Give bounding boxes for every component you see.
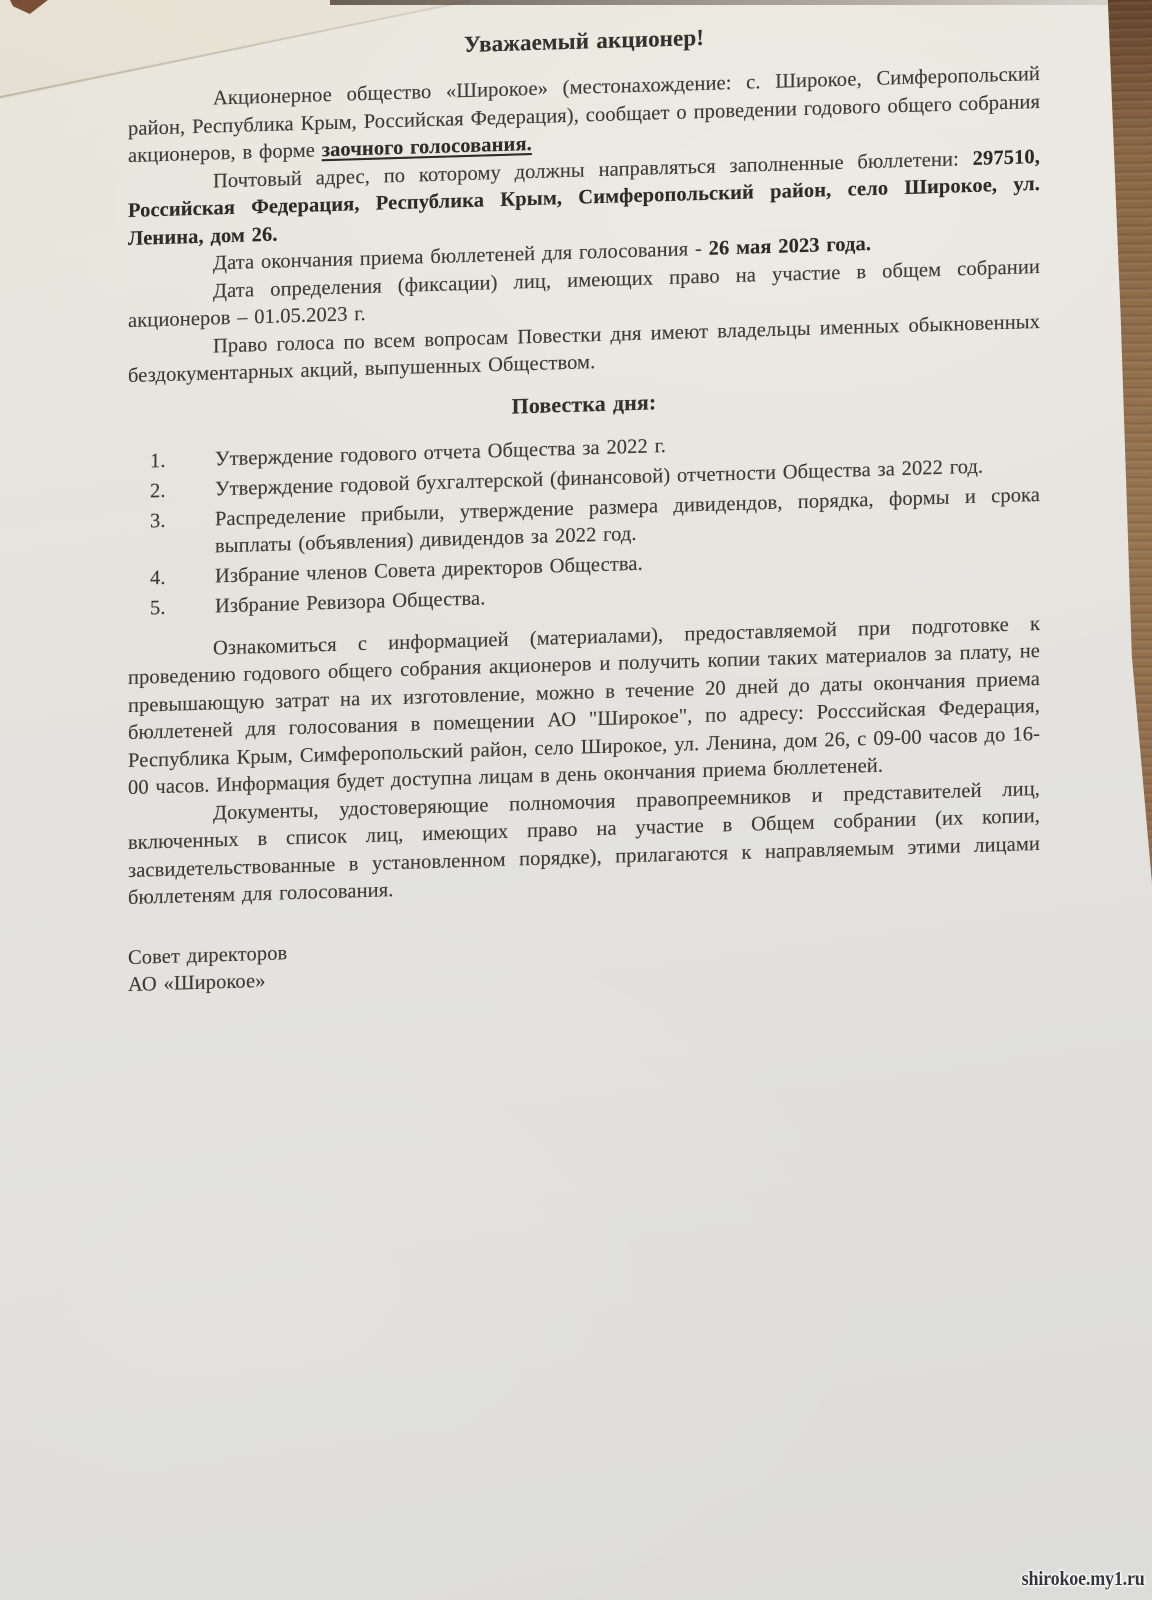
document-info-paragraphs: Ознакомиться с информацией (материалами)… [128, 610, 1040, 912]
document-intro-paragraphs: Акционерное общество «Широкое» (местонах… [128, 61, 1040, 391]
document-page: Уважаемый акционер! Акционерное общество… [128, 13, 1040, 1000]
agenda-item-number: 2. [150, 477, 166, 505]
watermark-site-url: shirokoe.my1.ru [1022, 1568, 1145, 1591]
paragraph-segment: Ознакомиться с информацией (материалами)… [128, 612, 1040, 799]
paragraph-segment: 26 мая 2023 года. [709, 233, 871, 260]
paragraph-segment: заочного голосования. [322, 133, 532, 161]
wood-table-right-edge [1104, 0, 1152, 1600]
agenda-item-number: 4. [150, 565, 166, 593]
signoff-block: Совет директоров АО «Широкое» [128, 917, 1040, 999]
agenda-item-number: 5. [150, 595, 166, 623]
agenda-item-number: 3. [150, 507, 166, 535]
agenda-item-number: 1. [150, 447, 166, 475]
agenda-item-text: Избрание Ревизора Общества. [215, 587, 485, 617]
photo-of-document: Уважаемый акционер! Акционерное общество… [0, 0, 1152, 1600]
paragraph: Ознакомиться с информацией (материалами)… [128, 610, 1040, 802]
paper-top-edge-shadow [330, 0, 1120, 5]
agenda-list: 1.Утверждение годового отчета Общества з… [128, 421, 1040, 623]
